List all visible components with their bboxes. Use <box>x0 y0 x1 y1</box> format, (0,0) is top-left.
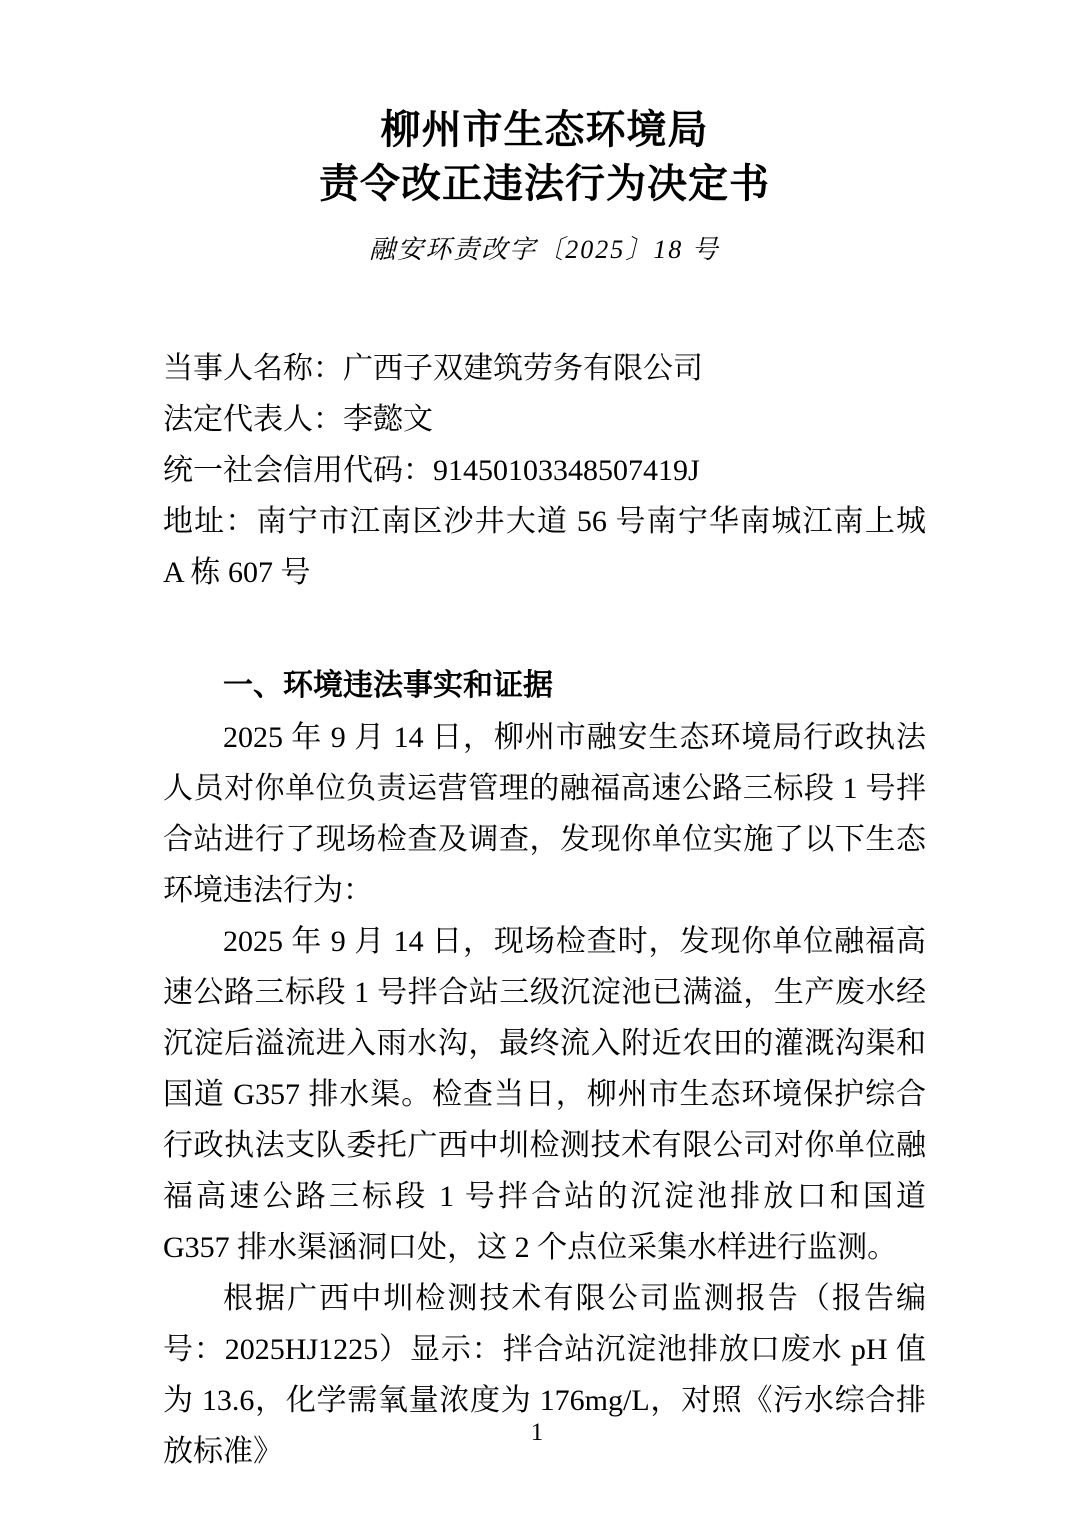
party-address: 地址：南宁市江南区沙井大道 56 号南宁华南城江南上城 A 栋 607 号 <box>163 496 926 598</box>
party-credit-code: 统一社会信用代码：91450103348507419J <box>163 445 926 496</box>
document-number: 融安环责改字〔2025〕18 号 <box>163 233 926 267</box>
document-content: 柳州市生态环境局 责令改正违法行为决定书 融安环责改字〔2025〕18 号 当事… <box>163 0 926 1477</box>
section-facts-and-evidence: 一、环境违法事实和证据 2025 年 9 月 14 日，柳州市融安生态环境局行政… <box>163 660 926 1477</box>
document-title-line-2: 责令改正违法行为决定书 <box>163 157 926 211</box>
document-title-line-1: 柳州市生态环境局 <box>163 103 926 157</box>
body-paragraph-1: 2025 年 9 月 14 日，柳州市融安生态环境局行政执法人员对你单位负责运营… <box>163 712 926 916</box>
party-name: 当事人名称：广西子双建筑劳务有限公司 <box>163 343 926 394</box>
party-info-block: 当事人名称：广西子双建筑劳务有限公司 法定代表人：李懿文 统一社会信用代码：91… <box>163 343 926 598</box>
page-number: 1 <box>0 1418 1074 1448</box>
body-paragraph-2: 2025 年 9 月 14 日，现场检查时，发现你单位融福高速公路三标段 1 号… <box>163 916 926 1273</box>
document-page: 柳州市生态环境局 责令改正违法行为决定书 融安环责改字〔2025〕18 号 当事… <box>0 0 1074 1520</box>
section-heading: 一、环境违法事实和证据 <box>163 660 926 712</box>
party-legal-representative: 法定代表人：李懿文 <box>163 394 926 445</box>
document-title: 柳州市生态环境局 责令改正违法行为决定书 <box>163 103 926 211</box>
